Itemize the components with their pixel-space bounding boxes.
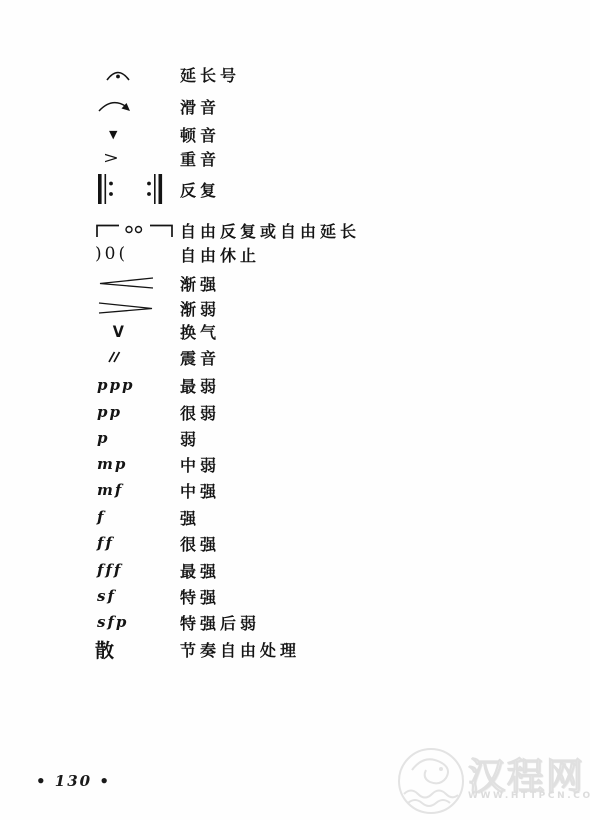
glossary-row-free-rest: )0( 自由休止: [95, 243, 260, 265]
glossary-label: 换气: [180, 320, 220, 343]
watermark-site-name: 汉程网: [468, 746, 585, 800]
glossary-label: 震音: [180, 346, 220, 369]
glossary-row-free-repeat: 自由反复或自由延长: [95, 219, 360, 241]
glossary-row-mp: mp 中弱: [95, 453, 220, 475]
glossary-label: 很弱: [180, 401, 220, 424]
glossary-label: 反复: [180, 178, 220, 201]
san-free-rhythm-symbol: 散: [95, 636, 180, 663]
dynamic-pp-symbol: pp: [95, 403, 180, 421]
glossary-row-sf: sf 特强: [95, 585, 220, 607]
dynamic-sfp-symbol: sfp: [95, 613, 180, 631]
glossary-row-mf: mf 中强: [95, 479, 220, 501]
fermata-symbol: [95, 66, 180, 82]
glossary-row-ff: ff 很强: [95, 532, 220, 554]
dynamic-p-symbol: p: [95, 429, 180, 447]
glossary-label: 自由休止: [180, 243, 260, 266]
glossary-label: 顿音: [180, 123, 220, 146]
glossary-row-crescendo: 渐强: [95, 272, 220, 294]
glossary-label: 渐强: [180, 272, 220, 295]
glossary-row-p: p 弱: [95, 427, 200, 449]
glossary-label: 滑音: [180, 95, 220, 118]
glossary-label: 中强: [180, 479, 220, 502]
glossary-label: 节奏自由处理: [180, 638, 300, 661]
page-number: • 130 •: [36, 772, 111, 790]
glossary-row-pp: pp 很弱: [95, 401, 220, 423]
tremolo-icon: [106, 350, 122, 364]
free-rest-symbol: )0(: [95, 244, 180, 264]
dragon-emblem-icon: [396, 746, 466, 816]
glossary-row-glissando: 滑音: [95, 95, 220, 117]
repeat-barlines-symbol: [95, 173, 180, 205]
dynamic-fff-symbol: fff: [95, 561, 180, 579]
fermata-icon: [105, 66, 131, 82]
glossary-label: 很强: [180, 532, 220, 555]
glossary-label: 自由反复或自由延长: [180, 219, 360, 242]
repeat-barlines-icon: [97, 173, 165, 205]
glossary-row-decrescendo: 渐弱: [95, 297, 220, 319]
staccato-symbol: ▼: [95, 128, 180, 141]
tremolo-symbol: [95, 350, 180, 364]
scanned-book-page: 延长号 滑音 ▼ 顿音 > 重音: [0, 0, 590, 820]
glossary-row-breath: V 换气: [95, 320, 220, 342]
dynamic-mp-symbol: mp: [95, 455, 180, 473]
glossary-label: 延长号: [180, 63, 240, 86]
glossary-row-repeat: 反复: [95, 173, 220, 205]
crescendo-hairpin-icon: [97, 276, 155, 290]
breath-mark-symbol: V: [99, 322, 176, 341]
dynamic-f-symbol: f: [95, 508, 180, 526]
glossary-label: 渐弱: [180, 297, 220, 320]
glossary-label: 弱: [180, 427, 200, 450]
glossary-row-san: 散 节奏自由处理: [95, 638, 300, 660]
dynamic-ff-symbol: ff: [95, 534, 180, 552]
site-watermark: 汉程网 WWW.HTTPCN.COM: [396, 744, 582, 816]
accent-symbol: >: [95, 149, 180, 168]
glossary-row-fermata: 延长号: [95, 63, 240, 85]
glossary-label: 最弱: [180, 374, 220, 397]
glossary-row-ppp: ppp 最弱: [95, 374, 220, 396]
free-repeat-bracket-symbol: [95, 221, 180, 239]
glossary-label: 中弱: [180, 453, 220, 476]
glossary-label: 特强后弱: [180, 611, 260, 634]
dynamic-sf-symbol: sf: [95, 587, 180, 605]
dynamic-ppp-symbol: ppp: [95, 376, 180, 394]
glossary-row-tremolo: 震音: [95, 346, 220, 368]
glossary-label: 强: [180, 506, 200, 529]
glossary-row-fff: fff 最强: [95, 559, 220, 581]
glossary-row-f: f 强: [95, 506, 200, 528]
dynamic-mf-symbol: mf: [95, 481, 180, 499]
glissando-icon: [97, 96, 135, 116]
glossary-row-accent: > 重音: [95, 147, 220, 169]
glossary-row-staccato: ▼ 顿音: [95, 123, 220, 145]
decrescendo-symbol: [95, 301, 180, 315]
glossary-label: 重音: [180, 147, 220, 170]
free-repeat-bracket-icon: [95, 221, 175, 239]
glossary-label: 特强: [180, 585, 220, 608]
watermark-site-url: WWW.HTTPCN.COM: [468, 791, 590, 801]
decrescendo-hairpin-icon: [97, 301, 155, 315]
crescendo-symbol: [95, 276, 180, 290]
glossary-row-sfp: sfp 特强后弱: [95, 611, 260, 633]
glossary-label: 最强: [180, 559, 220, 582]
glissando-symbol: [95, 96, 180, 116]
